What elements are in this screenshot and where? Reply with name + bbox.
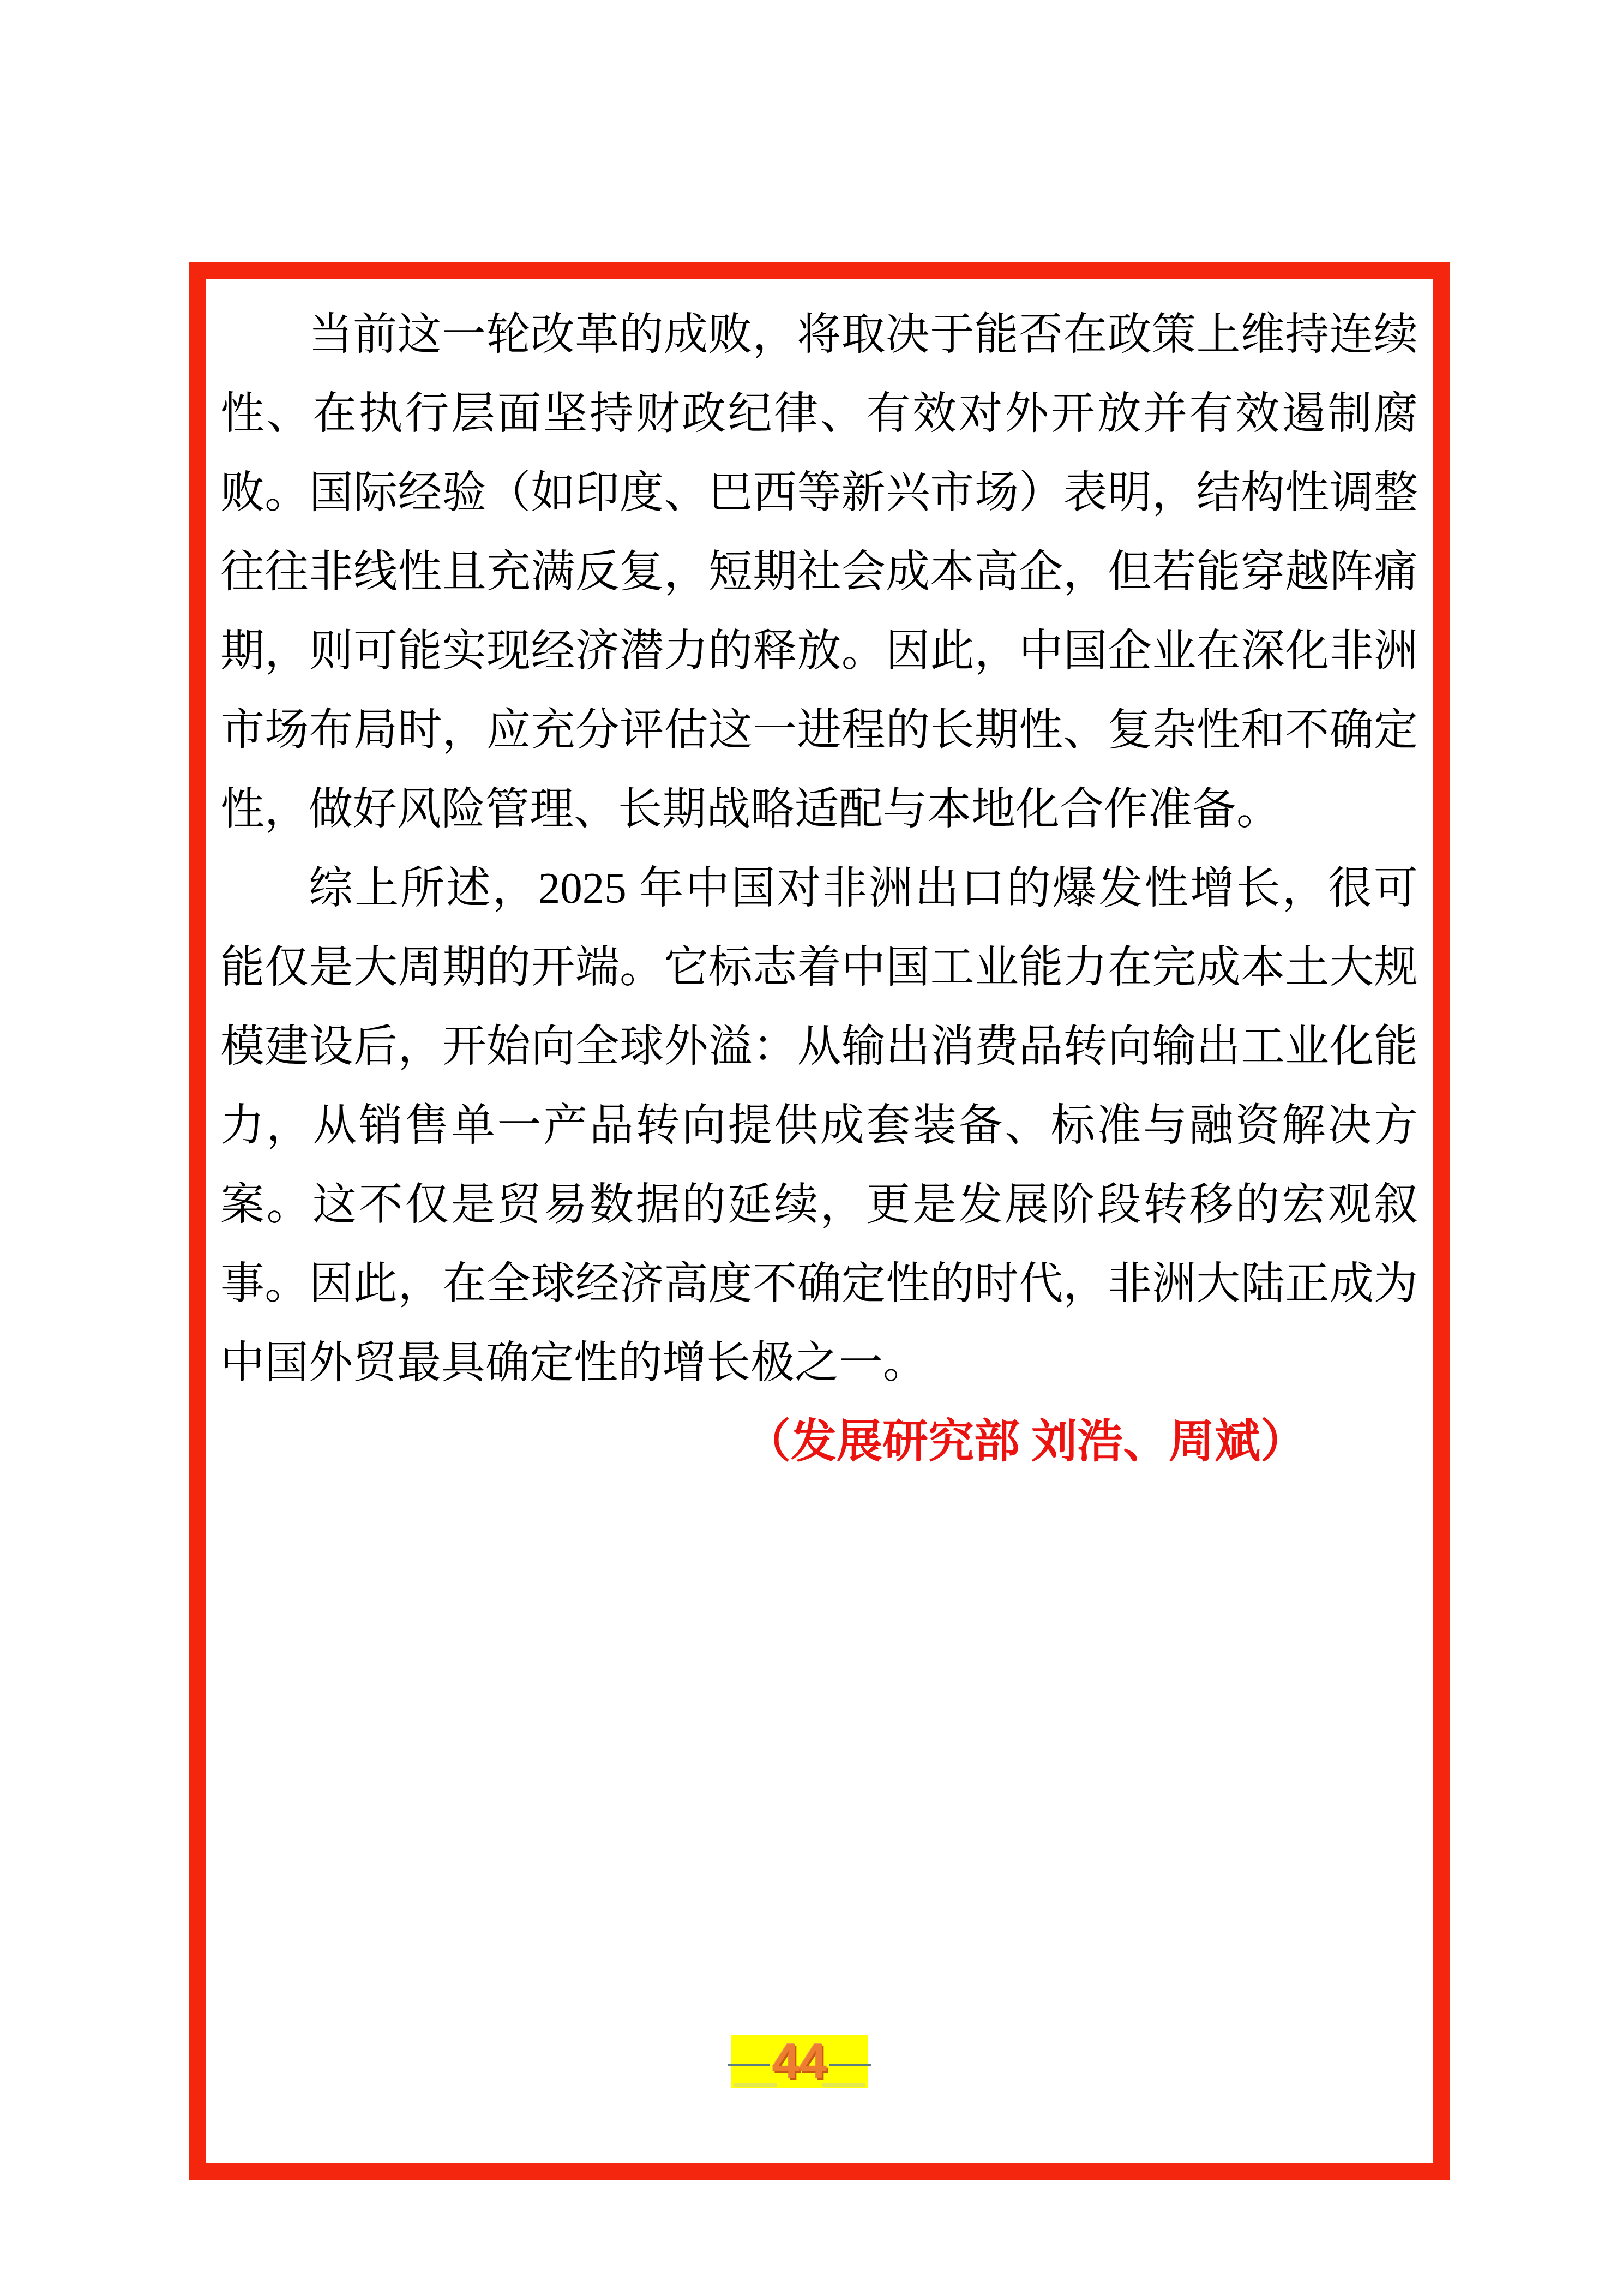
- page-body: 当前这一轮改革的成败，将取决于能否在政策上维持连续性、在执行层面坚持财政纪律、有…: [206, 279, 1433, 1482]
- page-number: 44: [772, 2037, 827, 2087]
- footer-ghost-dash-left: [734, 2083, 777, 2087]
- paragraph-reform-outcome: 当前这一轮改革的成败，将取决于能否在政策上维持连续性、在执行层面坚持财政纪律、有…: [220, 295, 1418, 849]
- page-number-footer: — 44 —: [731, 2035, 868, 2088]
- document-page: 当前这一轮改革的成败，将取决于能否在政策上维持连续性、在执行层面坚持财政纪律、有…: [0, 0, 1623, 2296]
- footer-ghost-dash-right: [822, 2083, 865, 2087]
- footer-dash-left: —: [728, 2044, 770, 2080]
- footer-dash-right: —: [829, 2044, 871, 2080]
- paragraph-conclusion: 综上所述，2025 年中国对非洲出口的爆发性增长，很可能仅是大周期的开端。它标志…: [220, 849, 1418, 1402]
- attribution-line: （发展研究部 刘浩、周斌）: [220, 1402, 1418, 1482]
